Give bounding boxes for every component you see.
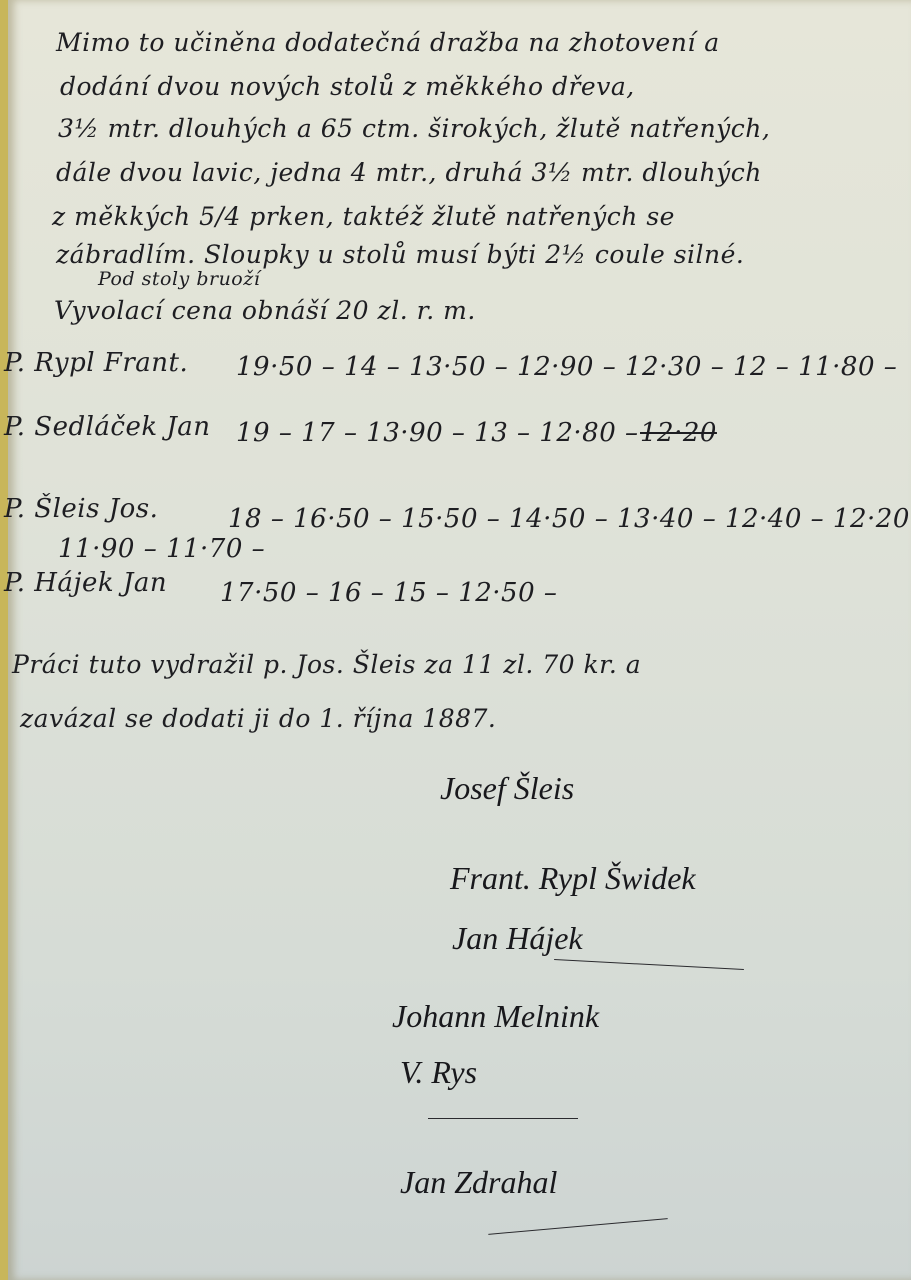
intro-line-5: z měkkých 5/4 prken, taktéž žlutě natřen… (52, 202, 675, 231)
bidder-name: P. Rypl Frant. (4, 348, 188, 378)
bidder-name: P. Hájek Jan (4, 568, 167, 598)
bidder-name: P. Sedláček Jan (4, 412, 211, 442)
intro-line-1: Mimo to učiněna dodatečná dražba na zhot… (56, 28, 720, 57)
signature: Frant. Rypl Šwidek (450, 860, 696, 897)
signature-underline (554, 959, 744, 970)
insertion-note: Pod stoly bruoží (98, 268, 260, 290)
signature: Josef Šleis (440, 770, 574, 807)
signature: Jan Hájek (452, 920, 583, 957)
bidder-bids-continued: 11·90 – 11·70 – (58, 534, 265, 564)
intro-line-4: dále dvou lavic, jedna 4 mtr., druhá 3½ … (56, 158, 762, 187)
signature-underline (428, 1118, 578, 1119)
bidder-name: P. Šleis Jos. (4, 494, 158, 524)
bidder-bids: 17·50 – 16 – 15 – 12·50 – (220, 578, 557, 608)
signature: Johann Melnink (392, 998, 599, 1035)
bidder-bids: 18 – 16·50 – 15·50 – 14·50 – 13·40 – 12·… (228, 504, 910, 534)
conclusion-line-1: Práci tuto vydražil p. Jos. Šleis za 11 … (12, 650, 641, 679)
signature-underline (488, 1218, 667, 1235)
intro-line-7-starting-price: Vyvolací cena obnáší 20 zl. r. m. (54, 296, 476, 325)
signature: Jan Zdrahal (400, 1164, 557, 1201)
intro-line-3: 3½ mtr. dlouhých a 65 ctm. širokých, žlu… (58, 114, 770, 143)
struck-bid: 12·20 (640, 418, 717, 448)
signature: V. Rys (400, 1054, 477, 1091)
intro-line-2: dodání dvou nových stolů z měkkého dřeva… (60, 72, 635, 101)
conclusion-line-2: zavázal se dodati ji do 1. října 1887. (20, 704, 496, 733)
document-page: Mimo to učiněna dodatečná dražba na zhot… (8, 0, 911, 1280)
bidder-bids: 19·50 – 14 – 13·50 – 12·90 – 12·30 – 12 … (236, 352, 897, 382)
bidder-bids: 19 – 17 – 13·90 – 13 – 12·80 – (236, 418, 639, 448)
intro-line-6: zábradlím. Sloupky u stolů musí býti 2½ … (56, 240, 744, 269)
